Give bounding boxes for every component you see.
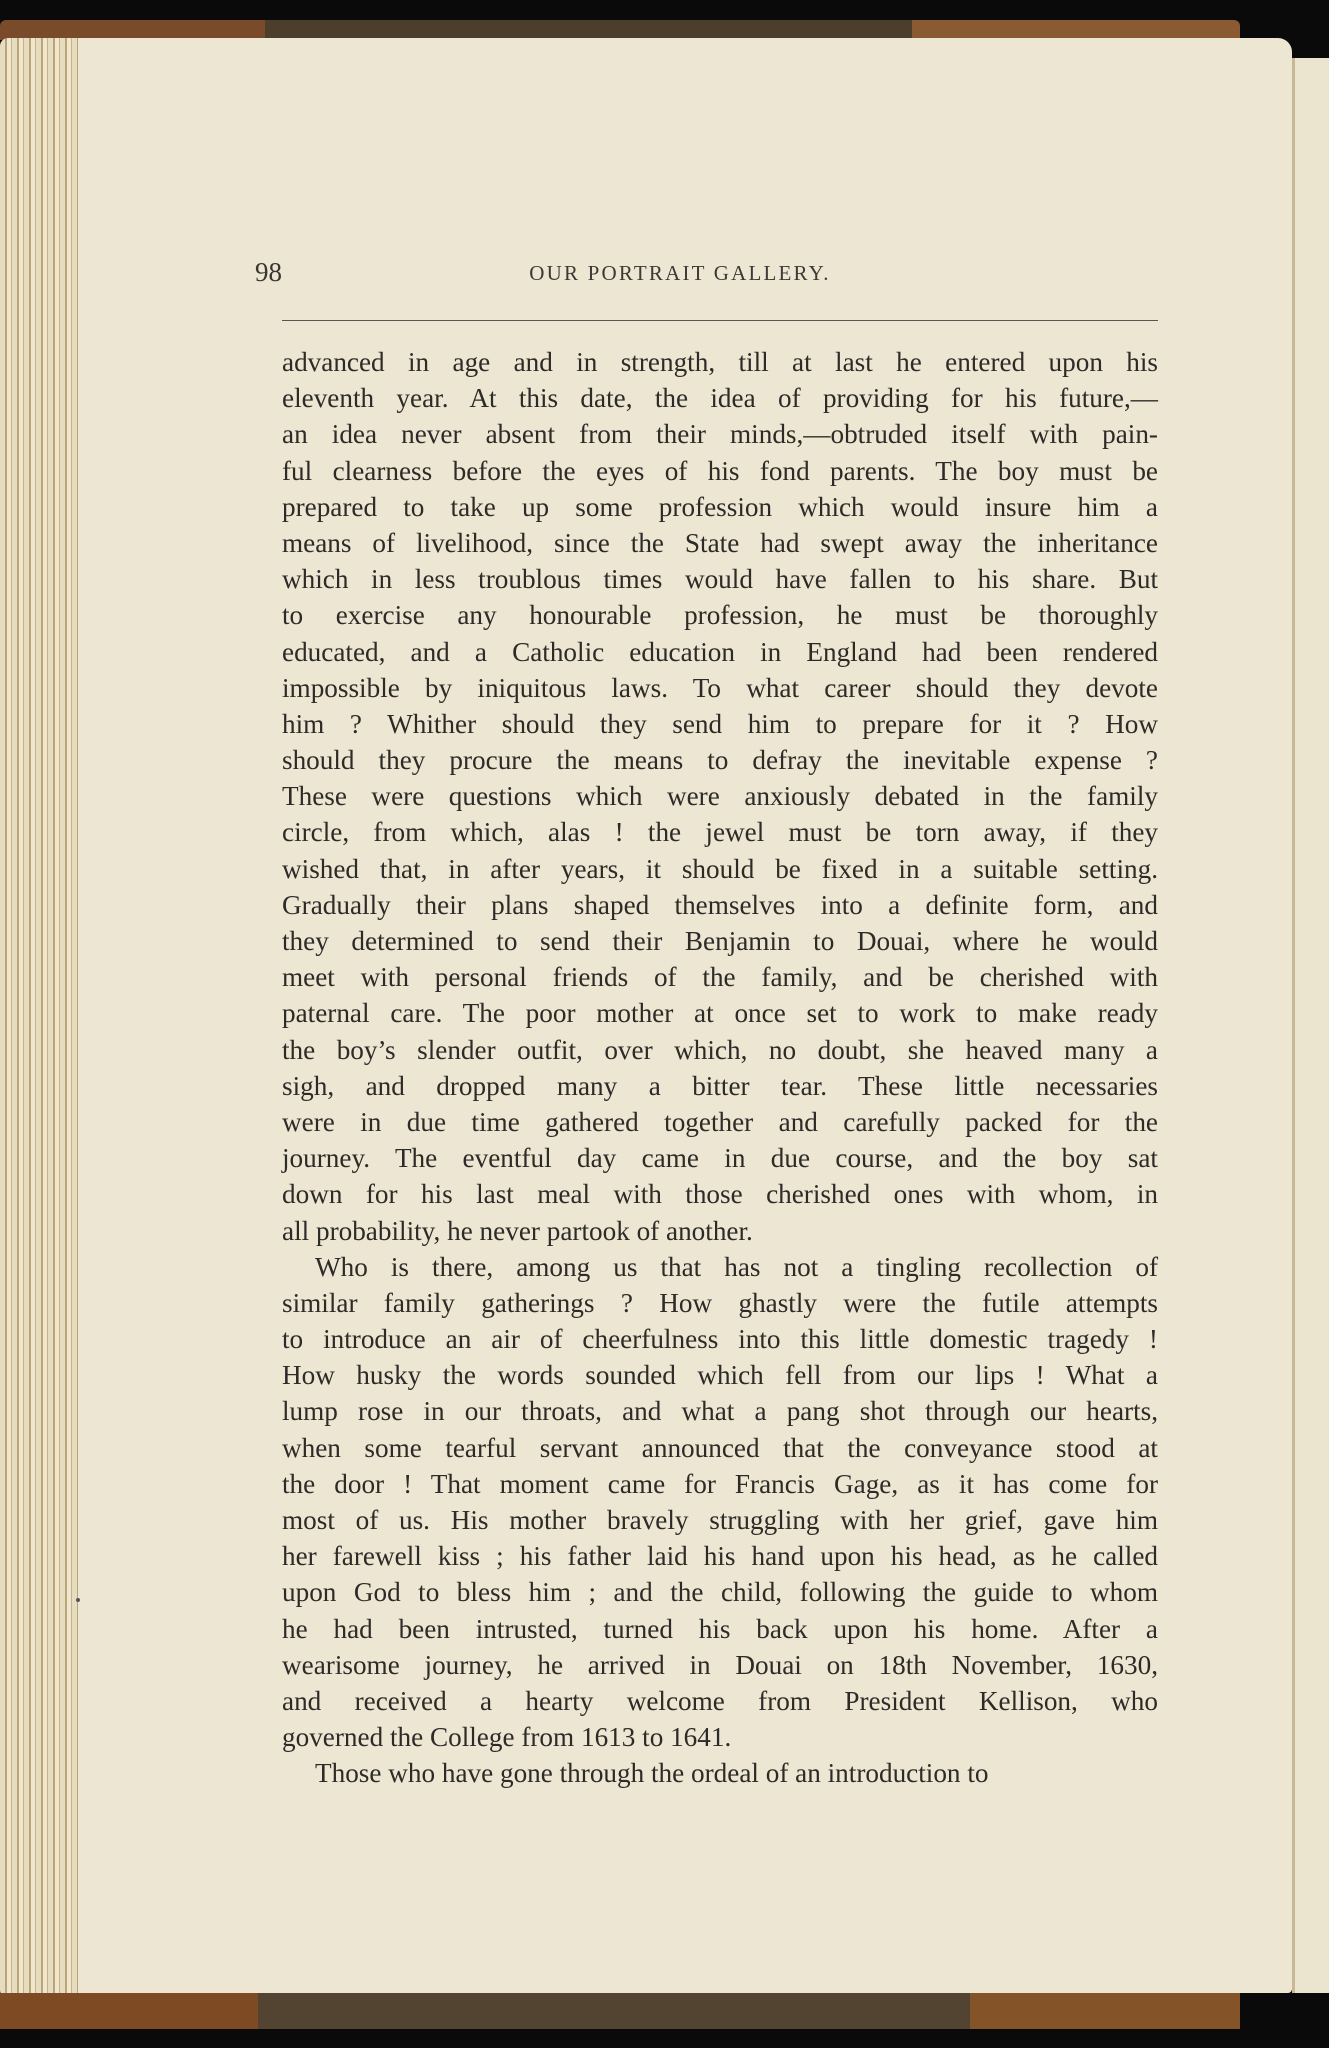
body-text: advanced in age and in strength, till at… <box>282 344 1158 1792</box>
text-line: her farewell kiss ; his father laid his … <box>282 1538 1158 1574</box>
text-line: upon God to bless him ; and the child, f… <box>282 1574 1158 1610</box>
text-line: most of us. His mother bravely strugglin… <box>282 1502 1158 1538</box>
text-line: paternal care. The poor mother at once s… <box>282 995 1158 1031</box>
text-line: impossible by iniquitous laws. To what c… <box>282 670 1158 706</box>
text-line: These were questions which were anxiousl… <box>282 778 1158 814</box>
text-line: journey. The eventful day came in due co… <box>282 1140 1158 1176</box>
text-line: to exercise any honourable profession, h… <box>282 597 1158 633</box>
text-line: ful clearness before the eyes of his fon… <box>282 453 1158 489</box>
paragraph: advanced in age and in strength, till at… <box>282 344 1158 1249</box>
paper-speck <box>76 1598 80 1602</box>
text-line: meet with personal friends of the family… <box>282 959 1158 995</box>
text-line: Those who have gone through the ordeal o… <box>282 1755 1158 1791</box>
text-line: an idea never absent from their minds,—o… <box>282 416 1158 452</box>
text-line: educated, and a Catholic education in En… <box>282 634 1158 670</box>
text-line: the boy’s slender outfit, over which, no… <box>282 1032 1158 1068</box>
text-line: sigh, and dropped many a bitter tear. Th… <box>282 1068 1158 1104</box>
paragraph: Who is there, among us that has not a ti… <box>282 1249 1158 1756</box>
text-line: eleventh year. At this date, the idea of… <box>282 380 1158 416</box>
text-line: Gradually their plans shaped themselves … <box>282 887 1158 923</box>
text-line: to introduce an air of cheerfulness into… <box>282 1321 1158 1357</box>
text-line: he had been intrusted, turned his back u… <box>282 1611 1158 1647</box>
book-cover-bottom-edge <box>0 1993 1329 2029</box>
text-line: the door ! That moment came for Francis … <box>282 1466 1158 1502</box>
running-head: 98 OUR PORTRAIT GALLERY. <box>78 253 1292 293</box>
text-line: they determined to send their Benjamin t… <box>282 923 1158 959</box>
text-line: advanced in age and in strength, till at… <box>282 344 1158 380</box>
page-stack-edges <box>0 38 80 1998</box>
header-rule <box>282 320 1158 321</box>
text-line: prepared to take up some profession whic… <box>282 489 1158 525</box>
next-page-edge <box>1292 58 1329 1998</box>
text-line: governed the College from 1613 to 1641. <box>282 1719 1158 1755</box>
text-line: down for his last meal with those cheris… <box>282 1176 1158 1212</box>
text-line: should they procure the means to defray … <box>282 742 1158 778</box>
text-line: wished that, in after years, it should b… <box>282 851 1158 887</box>
text-line: How husky the words sounded which fell f… <box>282 1357 1158 1393</box>
book-page: 98 OUR PORTRAIT GALLERY. advanced in age… <box>78 38 1292 1993</box>
text-line: lump rose in our throats, and what a pan… <box>282 1393 1158 1429</box>
text-line: which in less troublous times would have… <box>282 561 1158 597</box>
text-line: all probability, he never partook of ano… <box>282 1213 1158 1249</box>
text-line: and received a hearty welcome from Presi… <box>282 1683 1158 1719</box>
running-title: OUR PORTRAIT GALLERY. <box>78 261 1222 286</box>
paragraph: Those who have gone through the ordeal o… <box>282 1755 1158 1791</box>
text-line: him ? Whither should they send him to pr… <box>282 706 1158 742</box>
text-line: wearisome journey, he arrived in Douai o… <box>282 1647 1158 1683</box>
text-line: were in due time gathered together and c… <box>282 1104 1158 1140</box>
text-line: when some tearful servant announced that… <box>282 1430 1158 1466</box>
text-line: means of livelihood, since the State had… <box>282 525 1158 561</box>
text-line: Who is there, among us that has not a ti… <box>282 1249 1158 1285</box>
book-cover-top-edge <box>0 20 1240 40</box>
text-line: circle, from which, alas ! the jewel mus… <box>282 814 1158 850</box>
text-line: similar family gatherings ? How ghastly … <box>282 1285 1158 1321</box>
